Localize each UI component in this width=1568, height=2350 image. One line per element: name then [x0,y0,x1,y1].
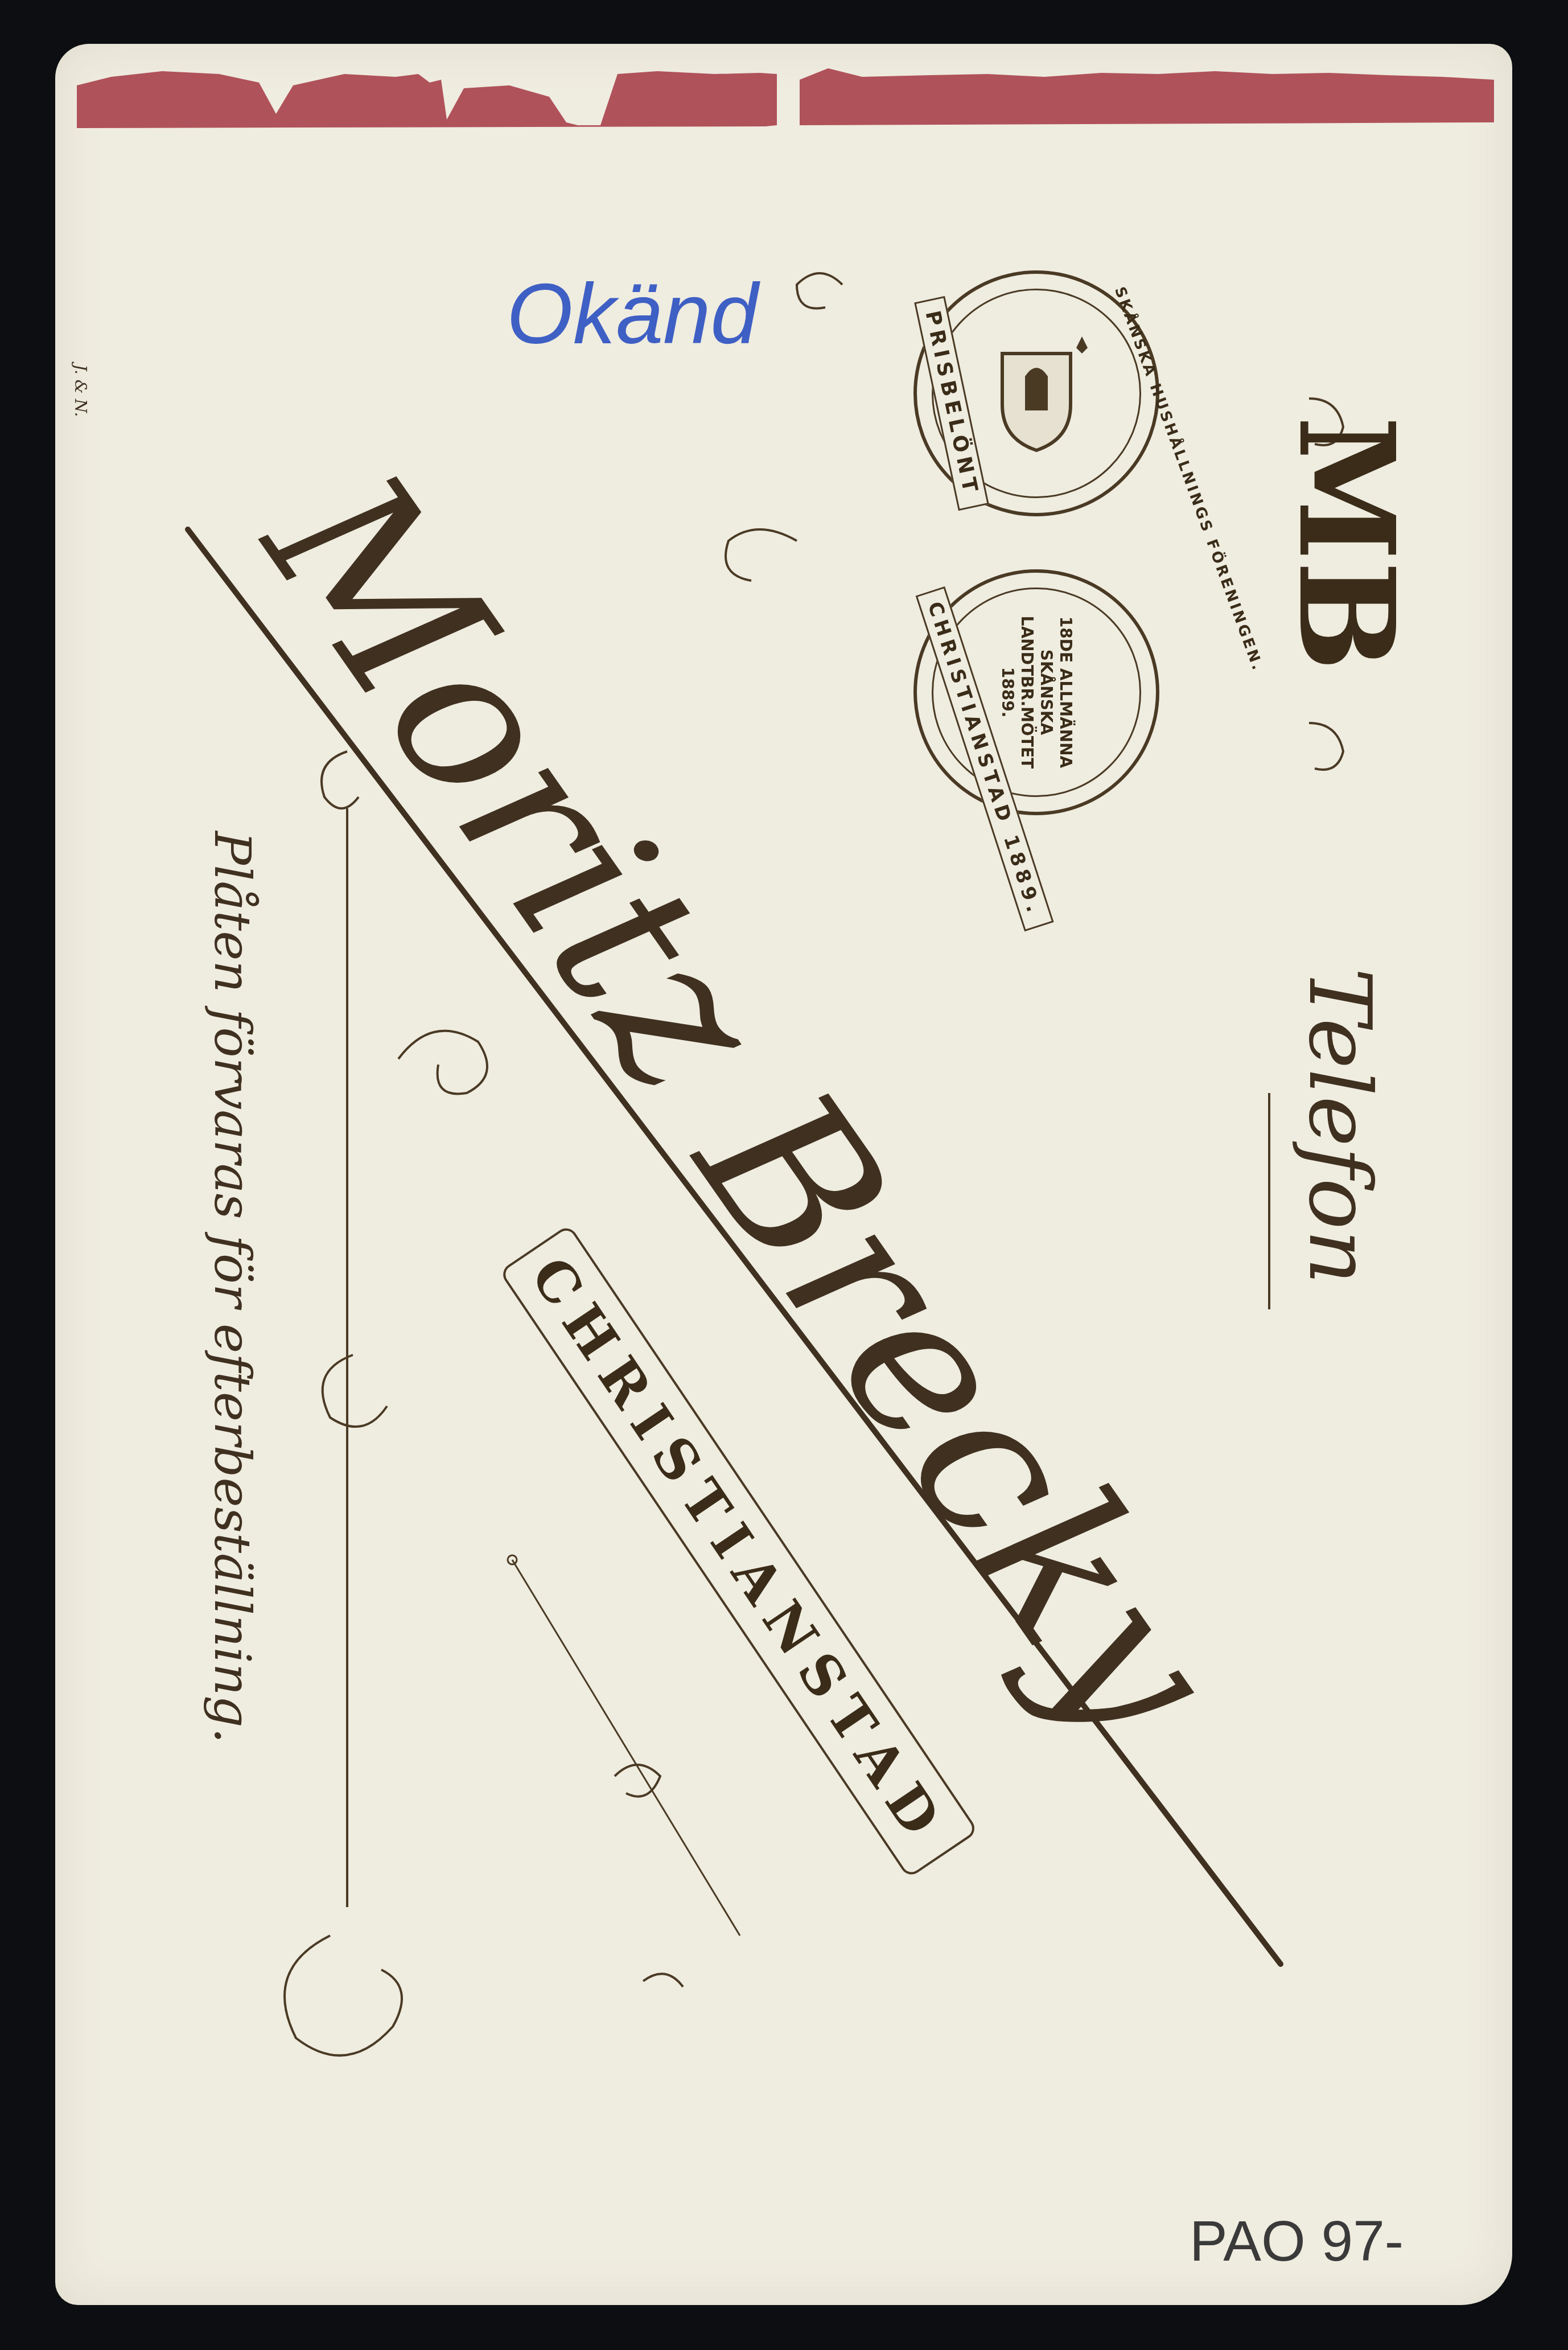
studio-monogram: MB [1269,416,1423,672]
medal-bottom-line-2: SKÅNSKA [1036,616,1056,769]
pencil-catalog-number: PAO 97- [1190,2209,1404,2274]
reorder-notice: Plåten förvaras för efterbeställning. [203,831,262,1744]
medal-bottom-line-4: 1889. [998,616,1017,769]
medal-bottom-line-3: LANDTBR.MÖTET [1017,616,1036,769]
coat-of-arms-icon [980,331,1093,456]
telephone-label: Telefon [1290,968,1389,1284]
medal-bottom-line-1: 18DE ALLMÄNNA [1056,616,1075,769]
